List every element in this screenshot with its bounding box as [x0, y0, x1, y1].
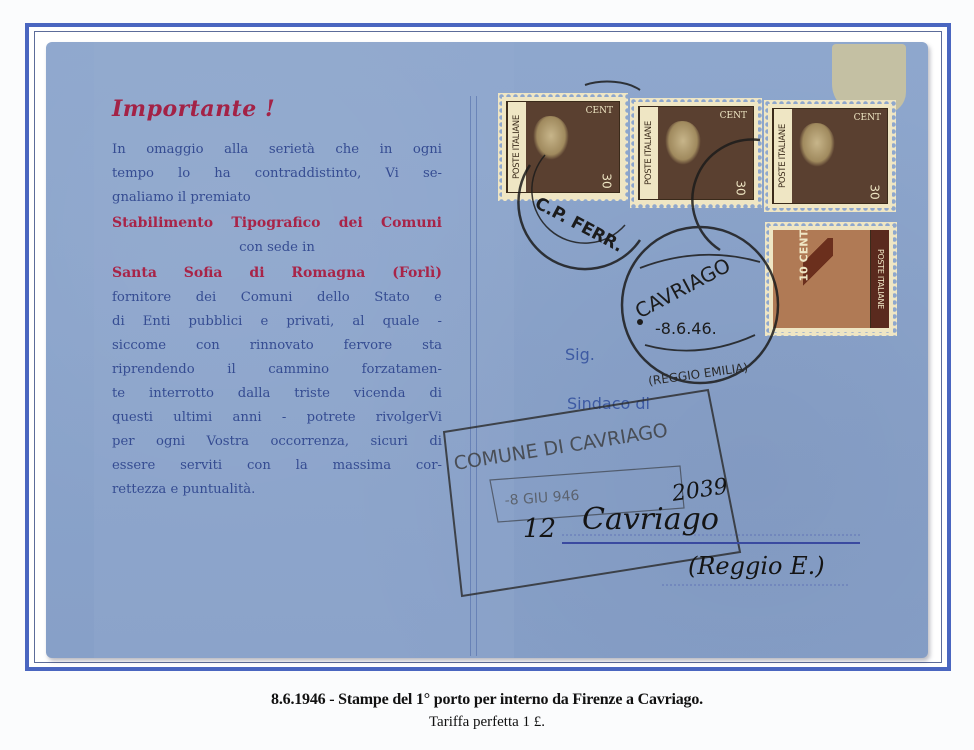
addressee-role: Sindaco di	[567, 394, 650, 413]
stamp-side-label: POSTE ITALIANE	[507, 102, 526, 192]
stamp-denomination-unit: CENT	[586, 106, 613, 116]
company-name: Stabilimento Tipografico dei Comuni	[112, 210, 442, 236]
addressee-title: Sig.	[565, 345, 595, 364]
stamp-value: 30	[867, 184, 881, 199]
stamp-30-cent: POSTE ITALIANE CENT 30	[764, 100, 896, 212]
ad-line: questi ultimi anni - potrete rivolgerVi	[112, 406, 442, 430]
stamp-value: 30	[599, 173, 613, 188]
stamp-value: 10 CENT.	[797, 228, 810, 282]
headline: Importante !	[112, 96, 442, 122]
stamp-side-label: POSTE ITALIANE	[870, 230, 889, 328]
handwritten-town: Cavriago	[582, 502, 719, 537]
ad-line: di Enti pubblici e privati, al quale -	[112, 310, 442, 334]
handwritten-province: (Reggio E.)	[688, 552, 825, 580]
stamp-side-label: POSTE ITALIANE	[639, 107, 658, 199]
stamp-30-cent: POSTE ITALIANE CENT 30	[630, 98, 762, 208]
stamp-side-label: POSTE ITALIANE	[773, 109, 792, 203]
ad-line: gnaliamo il premiato	[112, 186, 442, 210]
stamp-denomination-unit: CENT	[720, 111, 747, 121]
ad-line: rettezza e puntualità.	[112, 478, 442, 502]
divider-line	[476, 96, 477, 656]
ad-line: In omaggio alla serietà che in ogni	[112, 138, 442, 162]
ad-line: per ogni Vostra occorrenza, sicuri di	[112, 430, 442, 454]
stamp-30-cent: POSTE ITALIANE CENT 30	[498, 93, 628, 201]
caption-title: 8.6.1946 - Stampe del 1° porto per inter…	[0, 691, 974, 709]
advertisement-panel: Importante ! In omaggio alla serietà che…	[112, 96, 442, 502]
stamp-value: 30	[733, 180, 747, 195]
company-location: Santa Sofia di Romagna (Forlì)	[112, 260, 442, 286]
ad-line: essere serviti con la massima cor-	[112, 454, 442, 478]
handwritten-class-number: 12	[523, 514, 556, 544]
divider-line	[470, 96, 471, 656]
portrait-icon	[665, 121, 701, 165]
ad-line: siccome con rinnovato fervore sta	[112, 334, 442, 358]
ad-line: con sede in	[112, 236, 442, 260]
caption-subtitle: Tariffa perfetta 1 £.	[0, 714, 974, 731]
stamp-denomination-unit: CENT	[854, 113, 881, 123]
portrait-icon	[799, 123, 835, 167]
ad-line: fornitore dei Comuni dello Stato e	[112, 286, 442, 310]
portrait-icon	[533, 116, 569, 160]
stamp-10-cent: 10 CENT. POSTE ITALIANE	[765, 222, 897, 336]
ad-line: te interrotto dalla triste vicenda di	[112, 382, 442, 406]
ad-line: riprendendo il cammino forzatamen-	[112, 358, 442, 382]
ad-line: tempo lo ha contraddistinto, Vi se-	[112, 162, 442, 186]
